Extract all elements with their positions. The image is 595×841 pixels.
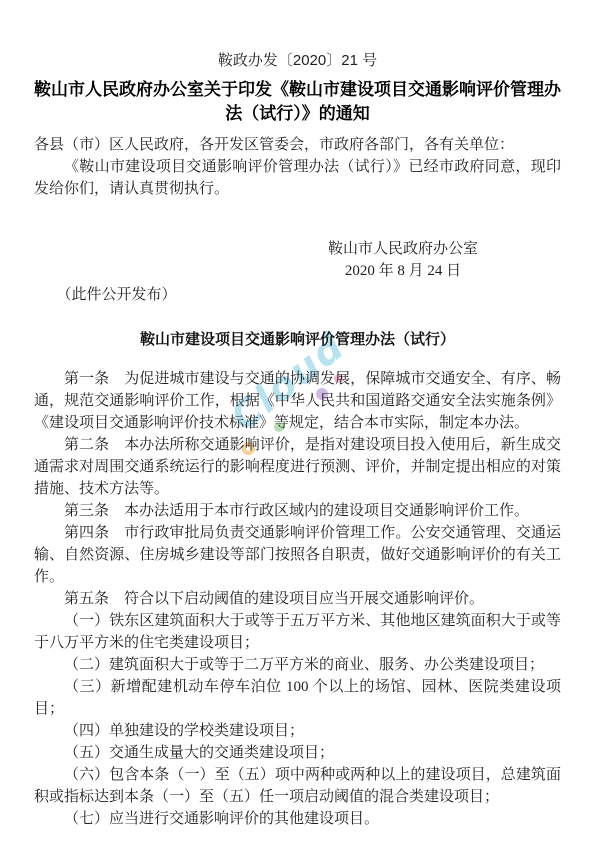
paragraph-item-7: （七）应当进行交通影响评价的其他建设项目。	[34, 808, 561, 830]
salutation: 各县（市）区人民政府，各开发区管委会，市政府各部门，各有关单位：	[34, 134, 561, 156]
paragraph-article-3: 第三条 本办法适用于本市行政区域内的建设项目交通影响评价工作。	[34, 500, 561, 522]
signature-block: 鞍山市人民政府办公室 2020 年 8 月 24 日	[328, 238, 478, 282]
doc-number: 鞍政办发〔2020〕21 号	[34, 52, 561, 70]
paragraph-item-5: （五）交通生成量大的交通类建设项目；	[34, 742, 561, 764]
measure-title: 鞍山市建设项目交通影响评价管理办法（试行）	[34, 330, 561, 350]
paragraph-item-4: （四）单独建设的学校类建设项目；	[34, 720, 561, 742]
paragraph-item-1: （一）铁东区建筑面积大于或等于五万平方米、其他地区建筑面积大于或等于八万平方米的…	[34, 610, 561, 654]
paragraph-article-1: 第一条 为促进城市建设与交通的协调发展，保障城市交通安全、有序、畅通，规范交通影…	[34, 368, 561, 434]
doc-title: 鞍山市人民政府办公室关于印发《鞍山市建设项目交通影响评价管理办法（试行）》的通知	[34, 78, 561, 126]
document-page: 鞍政办发〔2020〕21 号 鞍山市人民政府办公室关于印发《鞍山市建设项目交通影…	[0, 0, 595, 841]
paragraph-item-3: （三）新增配建机动车停车泊位 100 个以上的场馆、园林、医院类建设项目；	[34, 676, 561, 720]
paragraph-item-2: （二）建筑面积大于或等于二万平方米的商业、服务、办公类建设项目；	[34, 654, 561, 676]
signer-name: 鞍山市人民政府办公室	[328, 238, 478, 260]
paragraph-article-5: 第五条 符合以下启动阈值的建设项目应当开展交通影响评价。	[34, 588, 561, 610]
public-release-note: （此件公开发布）	[34, 284, 561, 306]
signature-date: 2020 年 8 月 24 日	[345, 260, 461, 282]
paragraph-article-2: 第二条 本办法所称交通影响评价，是指对建设项目投入使用后，新生成交通需求对周围交…	[34, 434, 561, 500]
measure-body: 第一条 为促进城市建设与交通的协调发展，保障城市交通安全、有序、畅通，规范交通影…	[34, 368, 561, 830]
paragraph-article-4: 第四条 市行政审批局负责交通影响评价管理工作。公安交通管理、交通运输、自然资源、…	[34, 522, 561, 588]
notice-intro: 《鞍山市建设项目交通影响评价管理办法（试行）》已经市政府同意，现印发给你们，请认…	[34, 156, 561, 200]
paragraph-item-6: （六）包含本条（一）至（五）项中两种或两种以上的建设项目，总建筑面积或指标达到本…	[34, 764, 561, 808]
